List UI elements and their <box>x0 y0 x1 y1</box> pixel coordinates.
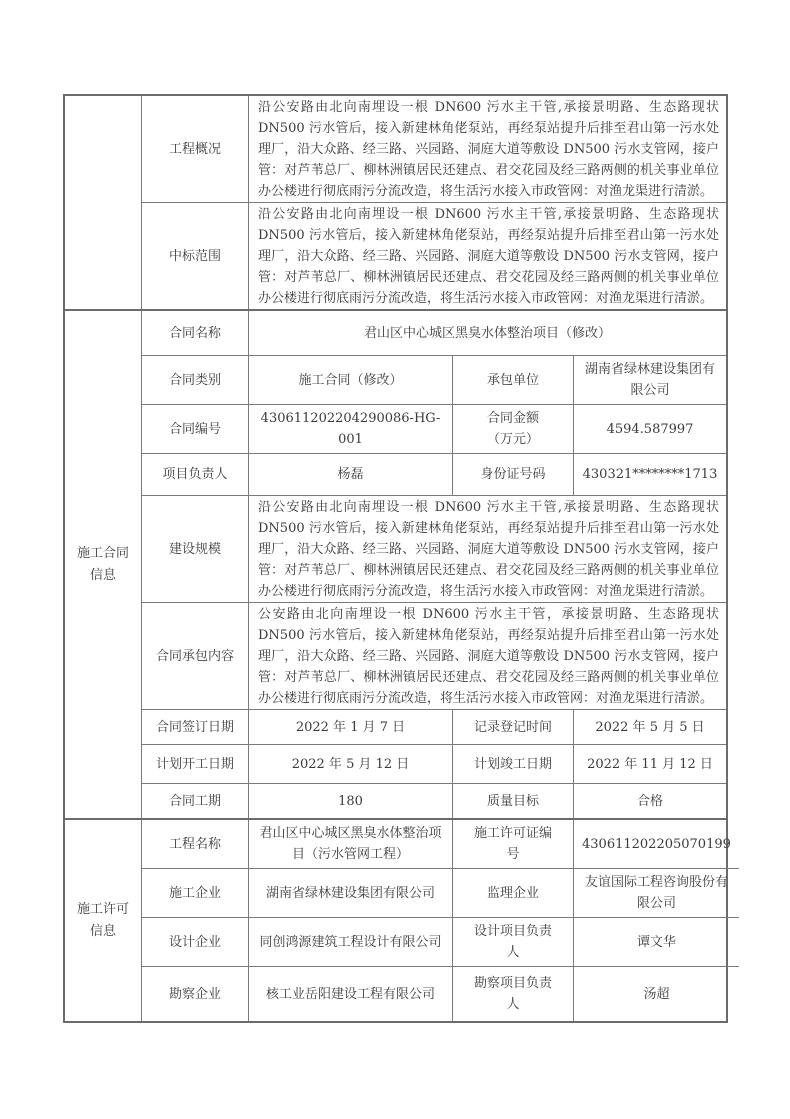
section-contract-side-label: 施工合同信息 <box>65 311 142 818</box>
field-label: 合同金额（万元） <box>452 405 573 453</box>
table-row: 合同承包内容 公安路由北向南埋设一根 DN600 污水主干管，承接景明路、生态路… <box>142 602 726 709</box>
field-label: 合同工期 <box>142 784 248 818</box>
field-label: 承包单位 <box>452 356 573 404</box>
table-row: 建设规模 沿公安路由北向南埋设一根 DN600 污水主干管,承接景明路、生态路现… <box>142 495 726 602</box>
project-info-table: 工程概况 沿公安路由北向南埋设一根 DN600 污水主干管,承接景明路、生态路现… <box>63 94 728 1023</box>
table-row: 项目负责人 杨磊 身份证号码 430321********1713 <box>142 453 726 495</box>
field-label: 质量目标 <box>452 784 573 818</box>
table-row: 勘察企业 核工业岳阳建设工程有限公司 勘察项目负责人 汤超 <box>142 966 739 1021</box>
section-contract-info: 施工合同信息 合同名称 君山区中心城区黑臭水体整治项目（修改） 合同类别 施工合… <box>65 309 726 818</box>
table-row: 施工企业 湖南省绿林建设集团有限公司 监理企业 友谊国际工程咨询股份有限公司 <box>142 868 739 917</box>
table-row: 合同编号 430611202204290086-HG-001 合同金额（万元） … <box>142 404 726 453</box>
field-label: 施工企业 <box>142 869 248 917</box>
field-label: 计划开工日期 <box>142 745 248 783</box>
field-value: 430321********1713 <box>573 454 726 495</box>
field-label: 设计项目负责人 <box>452 918 573 966</box>
field-value: 谭文华 <box>573 918 739 966</box>
field-value: 核工业岳阳建设工程有限公司 <box>248 967 452 1021</box>
field-value: 2022 年 5 月 12 日 <box>248 745 452 783</box>
table-row: 工程名称 君山区中心城区黑臭水体整治项目（污水管网工程） 施工许可证编号 430… <box>142 820 739 868</box>
field-label: 记录登记时间 <box>452 710 573 744</box>
section-overview: 工程概况 沿公安路由北向南埋设一根 DN600 污水主干管,承接景明路、生态路现… <box>65 96 726 309</box>
field-value: 君山区中心城区黑臭水体整治项目（修改） <box>248 311 726 355</box>
field-label: 合同名称 <box>142 311 248 355</box>
field-value: 2022 年 1 月 7 日 <box>248 710 452 744</box>
field-value: 公安路由北向南埋设一根 DN600 污水主干管，承接景明路、生态路现状 DN50… <box>248 603 726 709</box>
field-label: 监理企业 <box>452 869 573 917</box>
field-value: 汤超 <box>573 967 739 1021</box>
field-value: 沿公安路由北向南埋设一根 DN600 污水主干管,承接景明路、生态路现状 DN5… <box>248 496 726 602</box>
field-value: 杨磊 <box>248 454 452 495</box>
field-value: 沿公安路由北向南埋设一根 DN600 污水主干管,承接景明路、生态路现状 DN5… <box>248 96 726 202</box>
table-row: 合同类别 施工合同（修改） 承包单位 湖南省绿林建设集团有限公司 <box>142 355 726 404</box>
field-label: 中标范围 <box>142 203 248 309</box>
field-value: 沿公安路由北向南埋设一根 DN600 污水主干管,承接景明路、生态路现状 DN5… <box>248 203 726 309</box>
table-row: 合同名称 君山区中心城区黑臭水体整治项目（修改） <box>142 311 726 355</box>
field-value: 4594.587997 <box>573 405 726 453</box>
field-value: 湖南省绿林建设集团有限公司 <box>573 356 726 404</box>
field-label: 计划竣工日期 <box>452 745 573 783</box>
section-permit-info: 施工许可信息 工程名称 君山区中心城区黑臭水体整治项目（污水管网工程） 施工许可… <box>65 818 726 1021</box>
field-label: 合同承包内容 <box>142 603 248 709</box>
field-label: 合同编号 <box>142 405 248 453</box>
field-value: 2022 年 11 月 12 日 <box>573 745 726 783</box>
field-label: 工程概况 <box>142 96 248 202</box>
field-label: 勘察项目负责人 <box>452 967 573 1021</box>
field-value: 430611202204290086-HG-001 <box>248 405 452 453</box>
field-label: 勘察企业 <box>142 967 248 1021</box>
field-value: 同创鸿源建筑工程设计有限公司 <box>248 918 452 966</box>
field-label: 身份证号码 <box>452 454 573 495</box>
table-row: 设计企业 同创鸿源建筑工程设计有限公司 设计项目负责人 谭文华 <box>142 917 739 966</box>
field-value: 430611202205070199 <box>573 820 739 868</box>
field-label: 施工许可证编号 <box>452 820 573 868</box>
field-value: 友谊国际工程咨询股份有限公司 <box>573 869 739 917</box>
table-row: 合同签订日期 2022 年 1 月 7 日 记录登记时间 2022 年 5 月 … <box>142 709 726 744</box>
field-value: 湖南省绿林建设集团有限公司 <box>248 869 452 917</box>
section-overview-side-label <box>65 96 142 309</box>
field-label: 合同签订日期 <box>142 710 248 744</box>
field-value: 君山区中心城区黑臭水体整治项目（污水管网工程） <box>248 820 452 868</box>
field-value: 施工合同（修改） <box>248 356 452 404</box>
field-value: 180 <box>248 784 452 818</box>
field-label: 合同类别 <box>142 356 248 404</box>
section-permit-side-label: 施工许可信息 <box>65 820 142 1021</box>
field-label: 工程名称 <box>142 820 248 868</box>
table-row: 中标范围 沿公安路由北向南埋设一根 DN600 污水主干管,承接景明路、生态路现… <box>142 202 726 309</box>
field-label: 设计企业 <box>142 918 248 966</box>
table-row: 计划开工日期 2022 年 5 月 12 日 计划竣工日期 2022 年 11 … <box>142 744 726 783</box>
table-row: 合同工期 180 质量目标 合格 <box>142 783 726 818</box>
table-row: 工程概况 沿公安路由北向南埋设一根 DN600 污水主干管,承接景明路、生态路现… <box>142 96 726 202</box>
field-value: 合格 <box>573 784 726 818</box>
field-value: 2022 年 5 月 5 日 <box>573 710 726 744</box>
field-label: 项目负责人 <box>142 454 248 495</box>
field-label: 建设规模 <box>142 496 248 602</box>
